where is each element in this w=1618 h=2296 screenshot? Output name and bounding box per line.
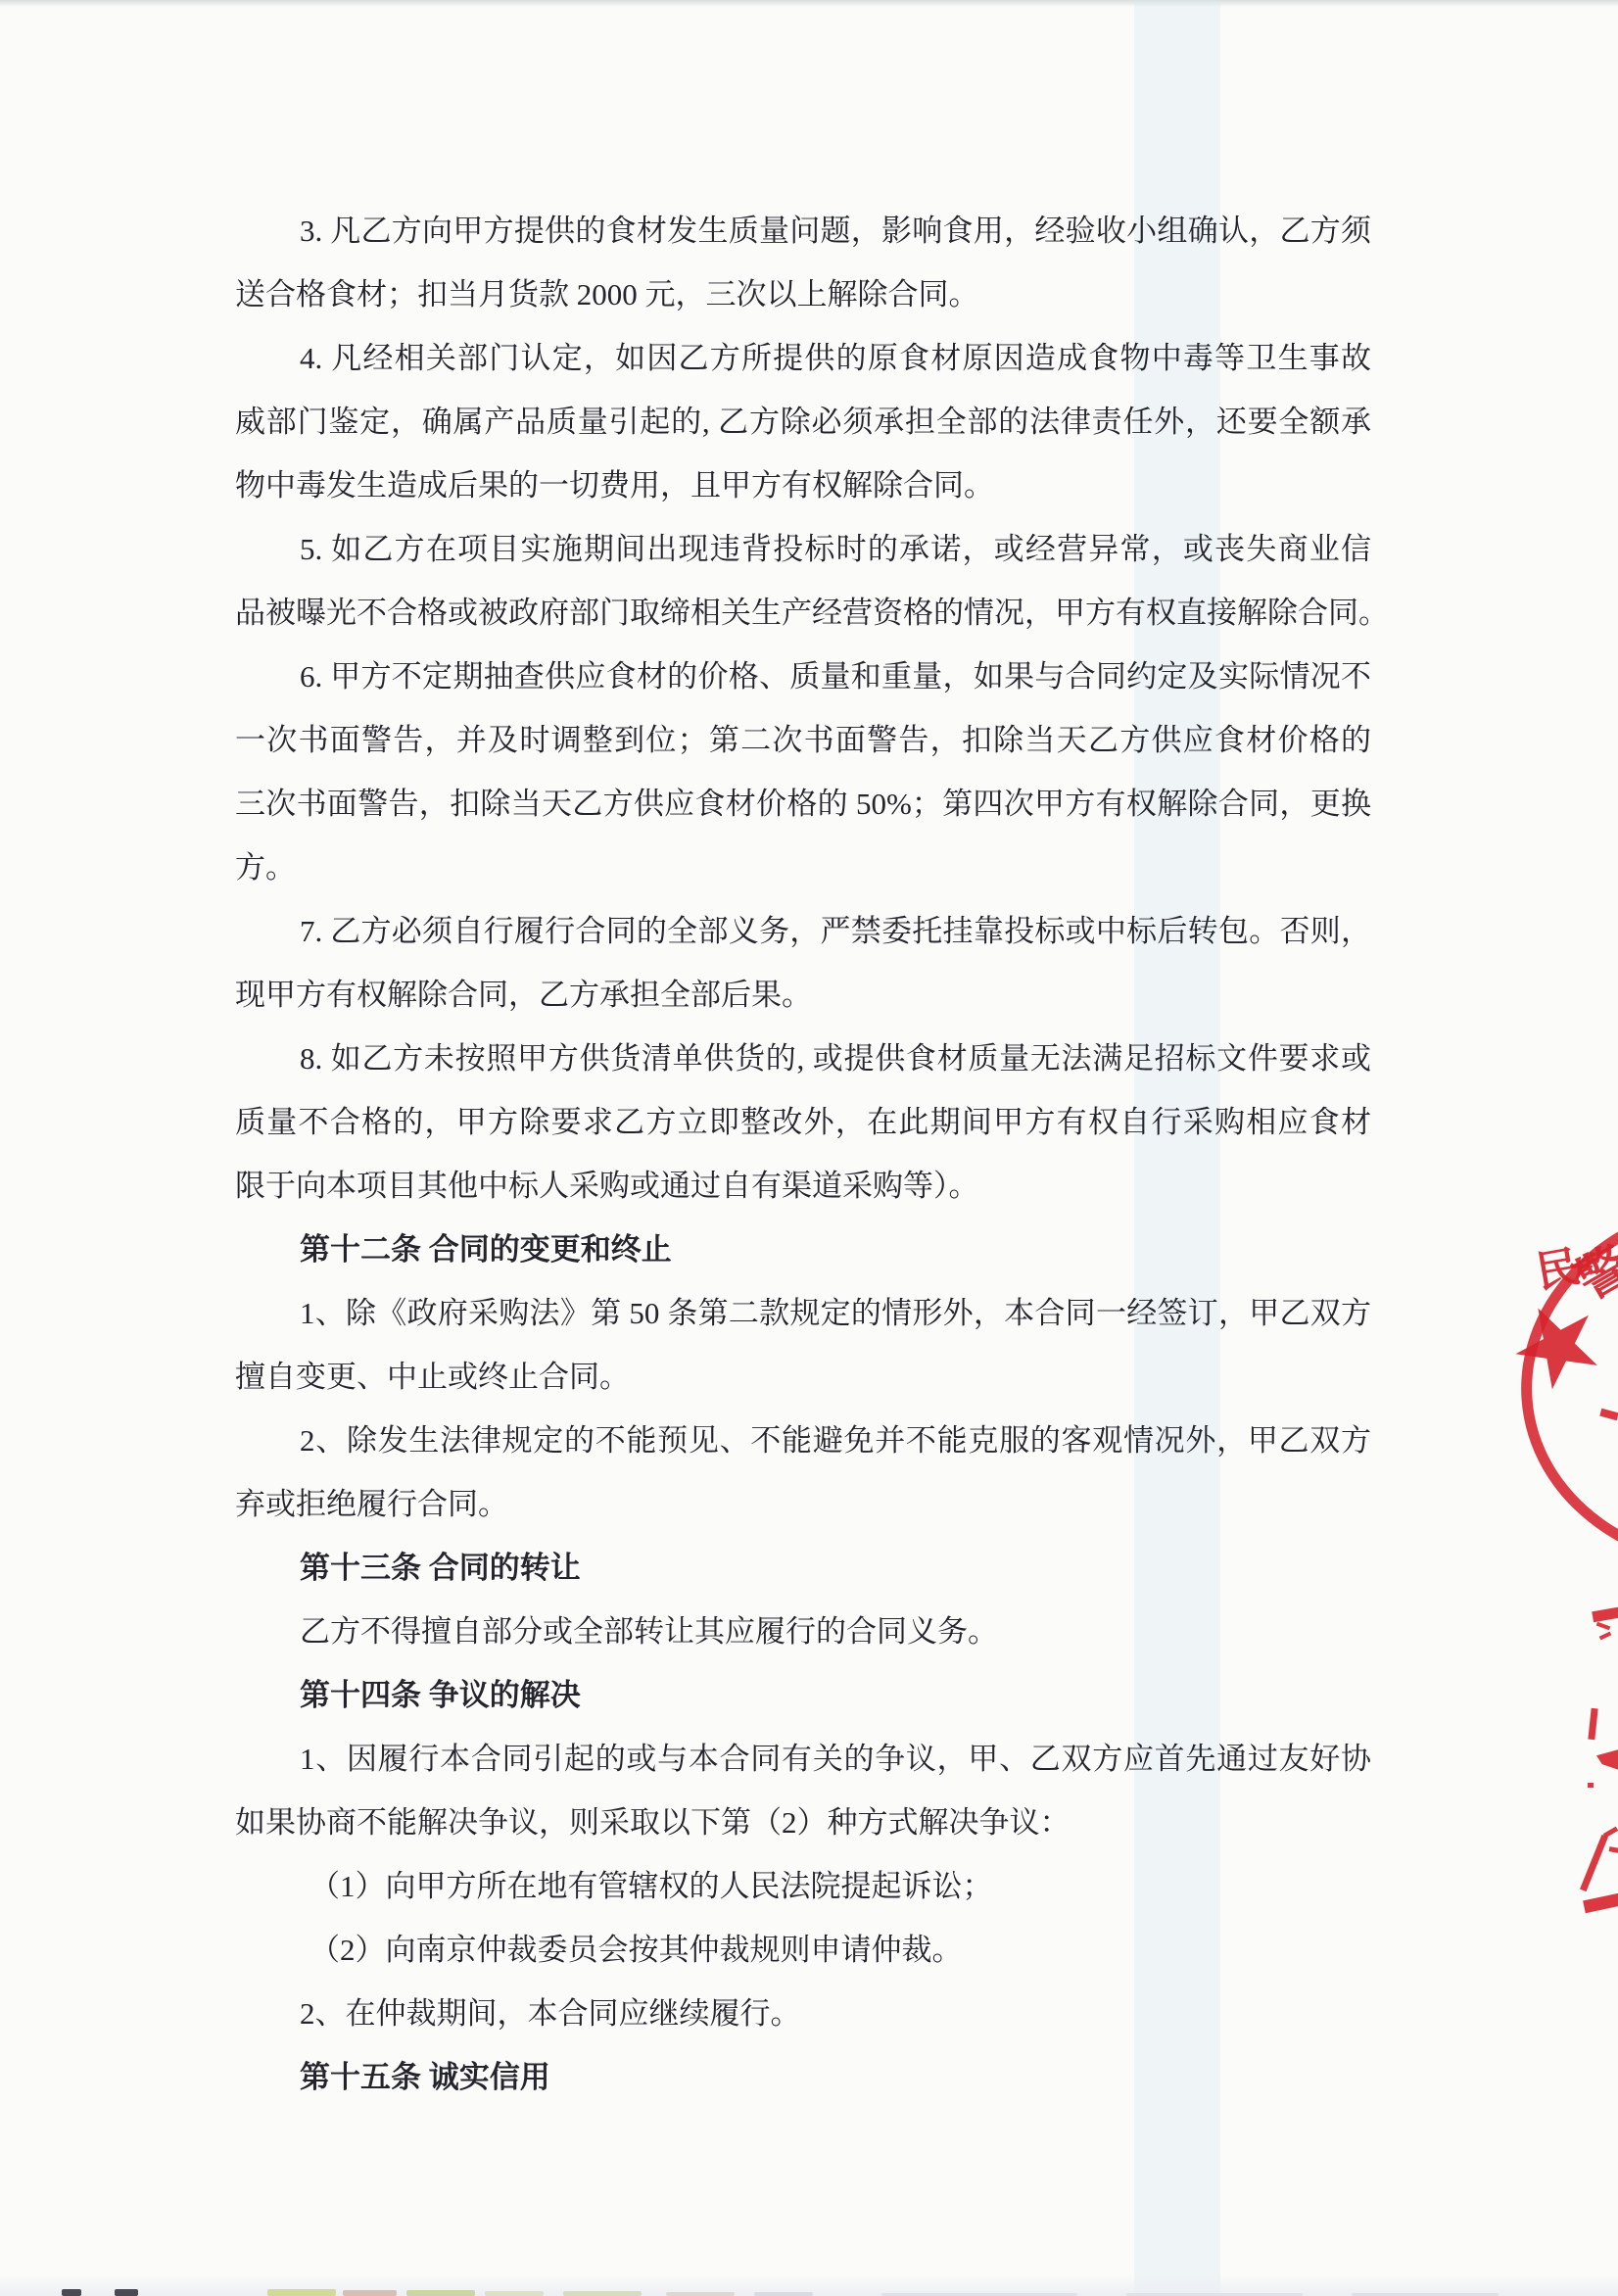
contract-line: 1、除《政府采购法》第 50 条第二款规定的情形外，本合同一经签订，甲乙双方不得 <box>235 1281 1371 1345</box>
contract-line: 3. 凡乙方向甲方提供的食材发生质量问题，影响食用，经验收小组确认，乙方须重新配 <box>235 199 1371 263</box>
contract-line: 现甲方有权解除合同，乙方承担全部后果。 <box>235 963 1371 1027</box>
contract-line: 一次书面警告，并及时调整到位；第二次书面警告，扣除当天乙方供应食材价格的 10%… <box>235 708 1371 772</box>
contract-line: 7. 乙方必须自行履行合同的全部义务，严禁委托挂靠投标或中标后转包。否则，一经发 <box>235 899 1371 963</box>
scan-bottom-artifact <box>563 2291 642 2296</box>
contract-line: 三次书面警告，扣除当天乙方供应食材价格的 50%；第四次甲方有权解除合同，更换其… <box>235 772 1371 836</box>
contract-heading-article-13: 第十三条 合同的转让 <box>235 1536 1371 1600</box>
stamp-ink-mark <box>1580 1835 1608 1891</box>
stamp-char: 民 <box>1531 1231 1584 1301</box>
star-icon: ★ <box>1490 1274 1618 1414</box>
scan-bottom-artifact <box>754 2292 813 2296</box>
stamp-ink-mark <box>1609 1846 1618 1853</box>
contract-line: 2、在仲裁期间，本合同应继续履行。 <box>235 1982 1371 2045</box>
stamp-ink-mark <box>1583 1892 1618 1913</box>
contract-line: 1、因履行本合同引起的或与本合同有关的争议，甲、乙双方应首先通过友好协商解决， <box>235 1727 1371 1791</box>
stamp-char: 警 <box>1560 1224 1618 1314</box>
scan-bottom-artifact <box>343 2290 397 2296</box>
scan-bottom-artifact <box>267 2289 336 2296</box>
contract-line: （1）向甲方所在地有管辖权的人民法院提起诉讼； <box>235 1854 1371 1918</box>
contract-line: （2）向南京仲裁委员会按其仲裁规则申请仲裁。 <box>235 1918 1371 1982</box>
scan-bottom-artifact <box>406 2290 475 2296</box>
contract-line: 2、除发生法律规定的不能预见、不能避免并不能克服的客观情况外，甲乙双方不得放 <box>235 1409 1371 1472</box>
stamp-ink-mark <box>1592 1607 1618 1623</box>
contract-heading-article-14: 第十四条 争议的解决 <box>235 1663 1371 1727</box>
stamp-ink-mark <box>1596 1622 1611 1631</box>
scan-bottom-artifact <box>115 2289 138 2296</box>
stamp-ink-mark <box>1588 1783 1594 1788</box>
contract-line: 质量不合格的，甲方除要求乙方立即整改外，在此期间甲方有权自行采购相应食材（包括不 <box>235 1090 1371 1154</box>
contract-line: 限于向本项目其他中标人采购或通过自有渠道采购等）。 <box>235 1154 1371 1218</box>
contract-line: 8. 如乙方未按照甲方供货清单供货的, 或提供食材质量无法满足招标文件要求或经检… <box>235 1027 1371 1090</box>
contract-heading-article-15: 第十五条 诚实信用 <box>235 2045 1371 2109</box>
stamp-ink-mark <box>1588 1708 1597 1741</box>
scan-bottom-artifact <box>62 2289 81 2296</box>
stamp-ink-mark <box>1599 1409 1618 1420</box>
contract-line: 送合格食材；扣当月货款 2000 元，三次以上解除合同。 <box>235 263 1371 326</box>
stamp-ink-mark <box>1596 1749 1618 1770</box>
contract-line: 弃或拒绝履行合同。 <box>235 1472 1371 1536</box>
contract-line: 6. 甲方不定期抽查供应食材的价格、质量和重量，如果与合同约定及实际情况不符，第 <box>235 645 1371 708</box>
contract-line: 5. 如乙方在项目实施期间出现违背投标时的承诺，或经营异常，或丧失商业信誉，或产 <box>235 517 1371 581</box>
contract-line: 如果协商不能解决争议，则采取以下第（2）种方式解决争议： <box>235 1791 1371 1854</box>
stamp-ink-mark <box>1599 1632 1612 1641</box>
contract-line: 乙方不得擅自部分或全部转让其应履行的合同义务。 <box>235 1600 1371 1663</box>
stamp-ink-mark <box>1603 1827 1618 1839</box>
scan-bottom-artifact <box>666 2292 735 2296</box>
contract-line: 擅自变更、中止或终止合同。 <box>235 1345 1371 1409</box>
contract-line: 4. 凡经相关部门认定，如因乙方所提供的原食材原因造成食物中毒等卫生事故的，经权 <box>235 326 1371 390</box>
contract-text-block: 3. 凡乙方向甲方提供的食材发生质量问题，影响食用，经验收小组确认，乙方须重新配… <box>235 199 1371 2109</box>
contract-heading-article-12: 第十二条 合同的变更和终止 <box>235 1218 1371 1281</box>
scan-edge-top <box>0 0 1618 7</box>
contract-line: 品被曝光不合格或被政府部门取缔相关生产经营资格的情况，甲方有权直接解除合同。 <box>235 581 1371 645</box>
stamp-ellipse-border <box>1508 1182 1618 1587</box>
scan-bottom-artifact <box>485 2291 544 2296</box>
contract-line: 方。 <box>235 836 1371 899</box>
contract-line: 威部门鉴定，确属产品质量引起的, 乙方除必须承担全部的法律责任外，还要全额承担因… <box>235 390 1371 454</box>
contract-line: 物中毒发生造成后果的一切费用，且甲方有权解除合同。 <box>235 454 1371 517</box>
document-page: 3. 凡乙方向甲方提供的食材发生质量问题，影响食用，经验收小组确认，乙方须重新配… <box>0 0 1618 2296</box>
